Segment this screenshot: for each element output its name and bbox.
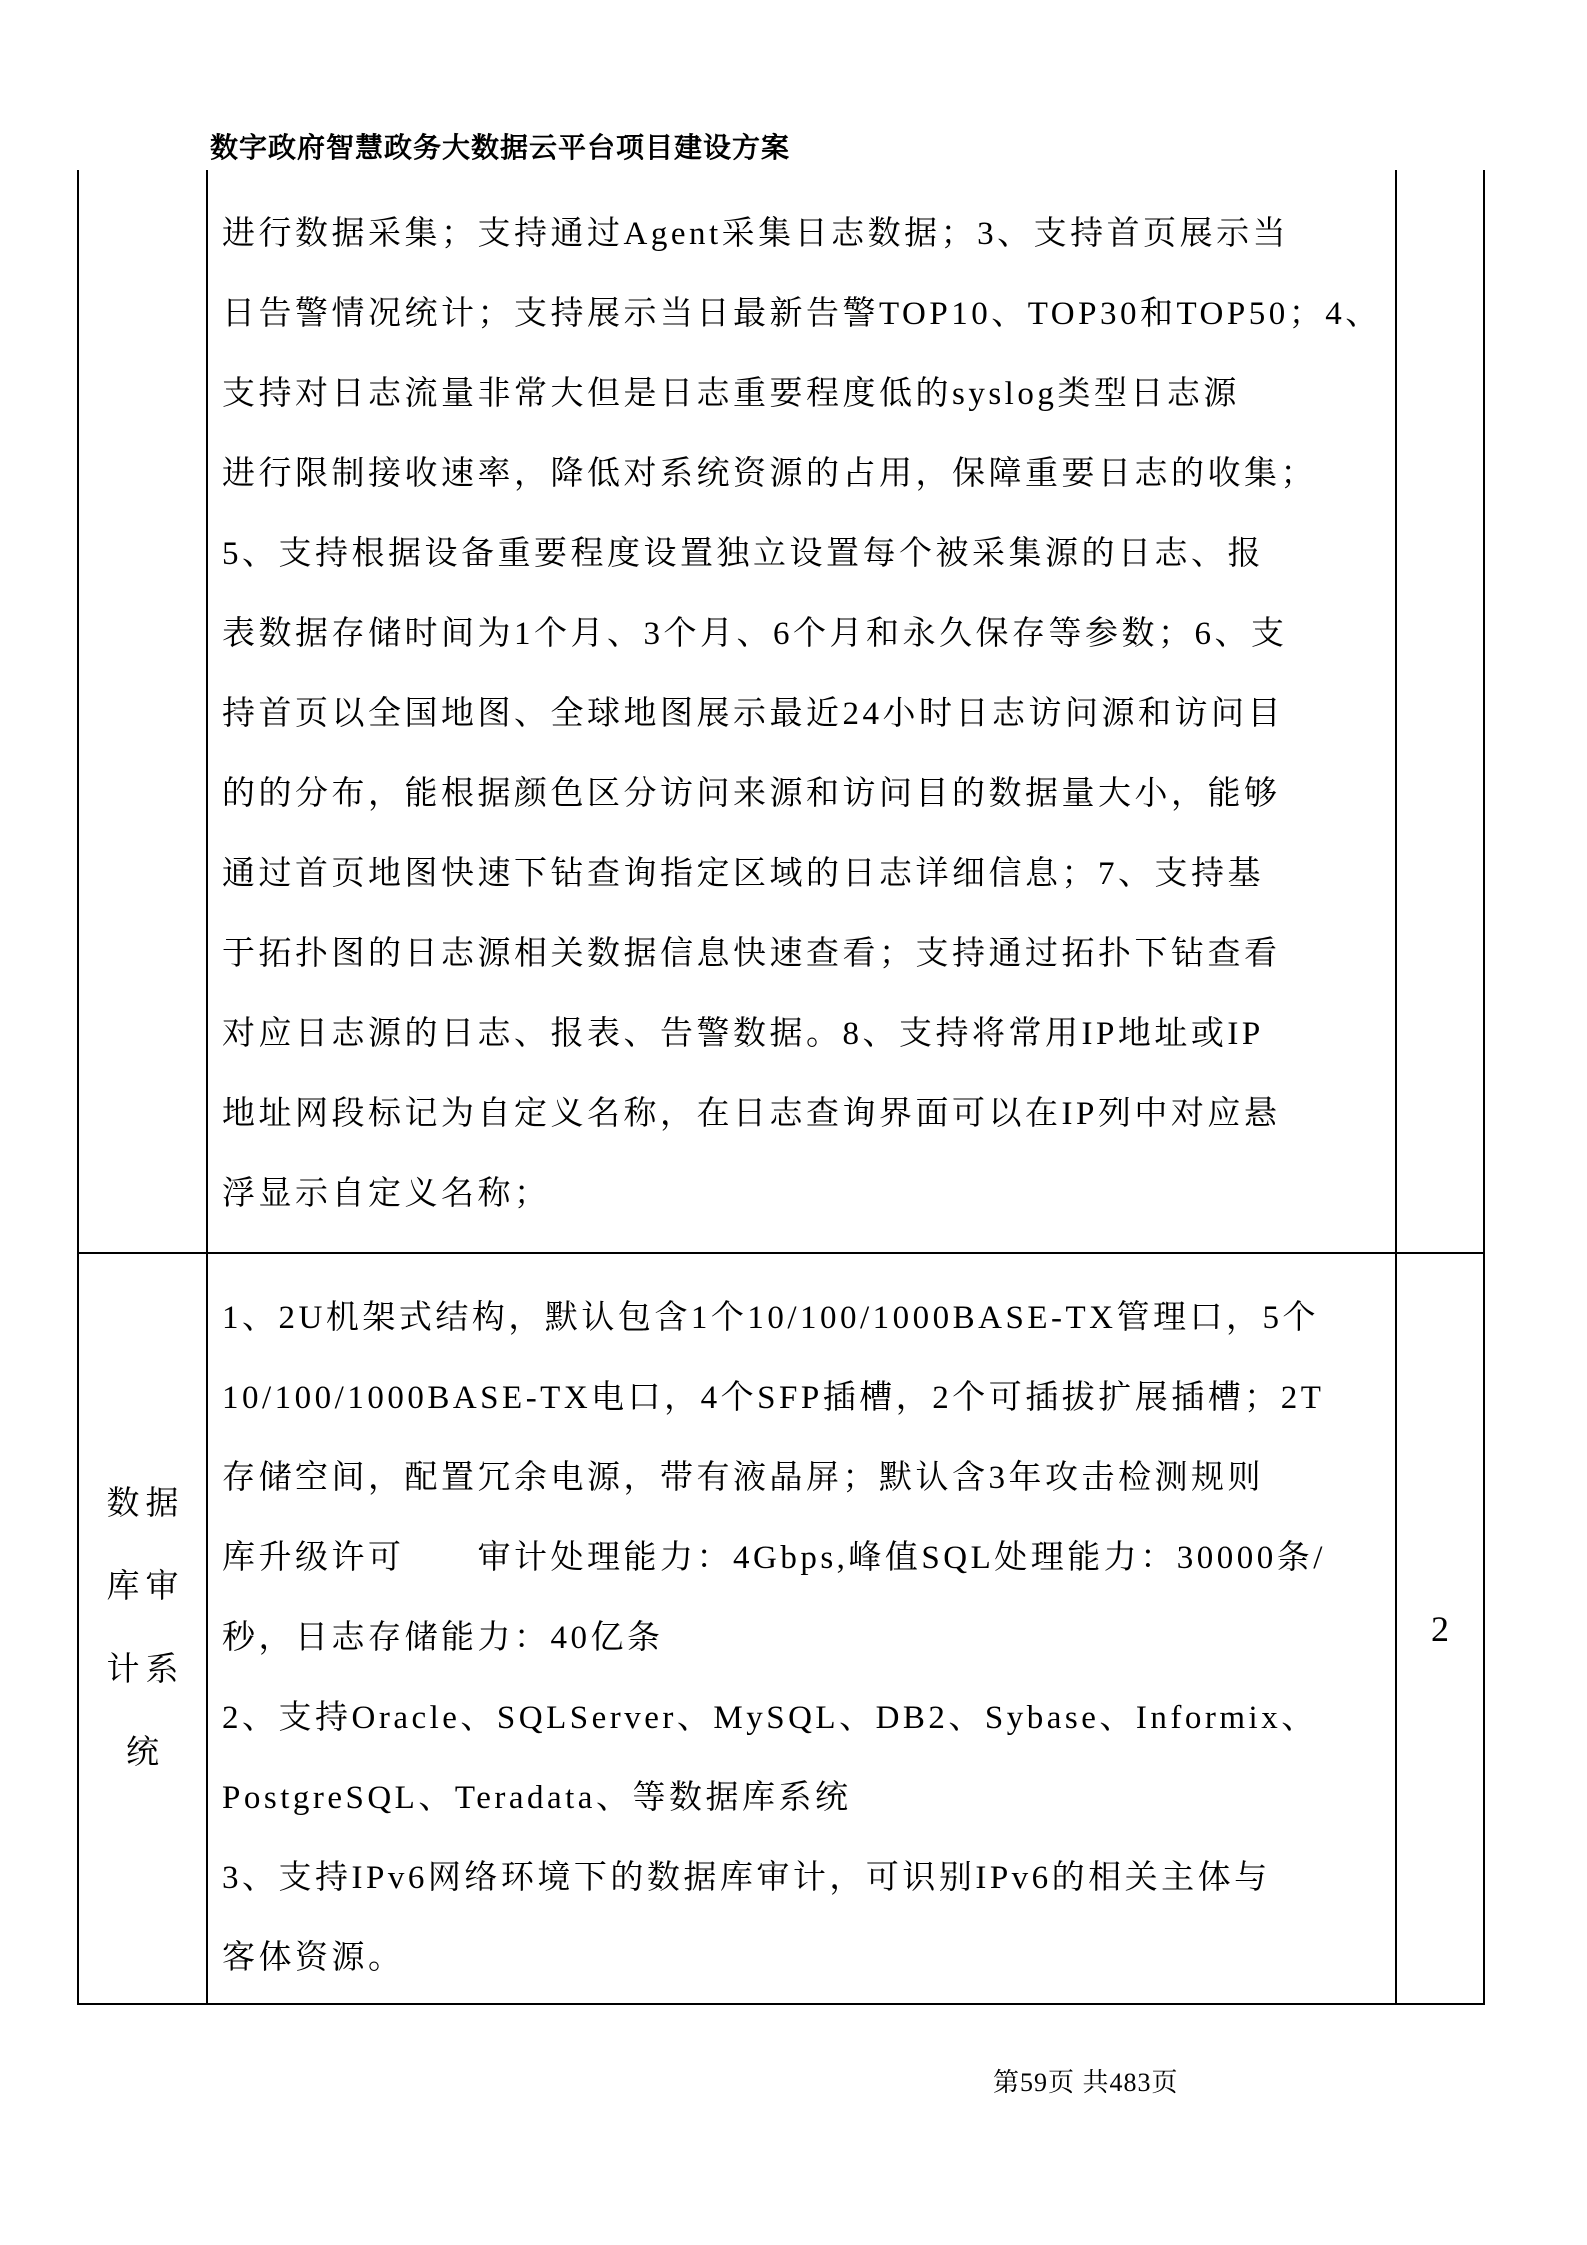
spec-text-line: PostgreSQL、Teradata、等数据库系统 (222, 1758, 1389, 1838)
document-header-title: 数字政府智慧政务大数据云平台项目建设方案 (210, 126, 790, 166)
page-number-footer: 第59页 共483页 (993, 2062, 1179, 2099)
row2-content-cell: 1、2U机架式结构，默认包含1个10/100/1000BASE-TX管理口，5个… (208, 1254, 1397, 2003)
spec-table: 进行数据采集；支持通过Agent采集日志数据；3、支持首页展示当 日告警情况统计… (77, 170, 1485, 2005)
spec-text-line: 通过首页地图快速下钻查询指定区域的日志详细信息；7、支持基 (222, 834, 1389, 914)
spec-text-line: 存储空间，配置冗余电源，带有液晶屏；默认含3年攻击检测规则 (222, 1438, 1389, 1518)
row-label-text: 库审 (101, 1546, 185, 1629)
spec-text-line: 的的分布，能根据颜色区分访问来源和访问目的数据量大小，能够 (222, 754, 1389, 834)
spec-text-line: 持首页以全国地图、全球地图展示最近24小时日志访问源和访问目 (222, 674, 1389, 754)
spec-text-line: 库升级许可 审计处理能力：4Gbps,峰值SQL处理能力：30000条/ (222, 1518, 1389, 1598)
spec-text-line: 对应日志源的日志、报表、告警数据。8、支持将常用IP地址或IP (222, 994, 1389, 1074)
row-label-text: 数据 (101, 1463, 185, 1546)
spec-text-line: 3、支持IPv6网络环境下的数据库审计，可识别IPv6的相关主体与 (222, 1838, 1389, 1918)
spec-text-line: 进行限制接收速率，降低对系统资源的占用，保障重要日志的收集； (222, 434, 1389, 514)
spec-text-line: 秒，日志存储能力：40亿条 (222, 1598, 1389, 1678)
spec-text-line: 于拓扑图的日志源相关数据信息快速查看；支持通过拓扑下钻查看 (222, 914, 1389, 994)
row1-label-cell (79, 170, 208, 1252)
row1-content-cell: 进行数据采集；支持通过Agent采集日志数据；3、支持首页展示当 日告警情况统计… (208, 170, 1397, 1252)
row-label-text: 统 (120, 1712, 165, 1795)
row1-quantity-cell (1397, 170, 1483, 1252)
table-row-database-audit-system: 数据 库审 计系 统 1、2U机架式结构，默认包含1个10/100/1000BA… (79, 1252, 1483, 2003)
spec-text-line: 支持对日志流量非常大但是日志重要程度低的syslog类型日志源 (222, 354, 1389, 434)
spec-text-line: 地址网段标记为自定义名称，在日志查询界面可以在IP列中对应悬 (222, 1074, 1389, 1154)
spec-text-line: 表数据存储时间为1个月、3个月、6个月和永久保存等参数；6、支 (222, 594, 1389, 674)
spec-text-line: 10/100/1000BASE-TX电口，4个SFP插槽，2个可插拔扩展插槽；2… (222, 1358, 1389, 1438)
spec-text-line: 2、支持Oracle、SQLServer、MySQL、DB2、Sybase、In… (222, 1678, 1389, 1758)
spec-text-line: 1、2U机架式结构，默认包含1个10/100/1000BASE-TX管理口，5个 (222, 1278, 1389, 1358)
row-label-text: 计系 (101, 1629, 185, 1712)
spec-text-line: 进行数据采集；支持通过Agent采集日志数据；3、支持首页展示当 (222, 194, 1389, 274)
row2-quantity-cell: 2 (1397, 1254, 1483, 2003)
spec-text-line: 日告警情况统计；支持展示当日最新告警TOP10、TOP30和TOP50；4、 (222, 274, 1389, 354)
row2-label-cell: 数据 库审 计系 统 (79, 1254, 208, 2003)
table-row-log-system-continued: 进行数据采集；支持通过Agent采集日志数据；3、支持首页展示当 日告警情况统计… (79, 170, 1483, 1252)
spec-text-line: 浮显示自定义名称； (222, 1154, 1389, 1234)
spec-text-line: 5、支持根据设备重要程度设置独立设置每个被采集源的日志、报 (222, 514, 1389, 594)
spec-text-line: 客体资源。 (222, 1918, 1389, 1998)
